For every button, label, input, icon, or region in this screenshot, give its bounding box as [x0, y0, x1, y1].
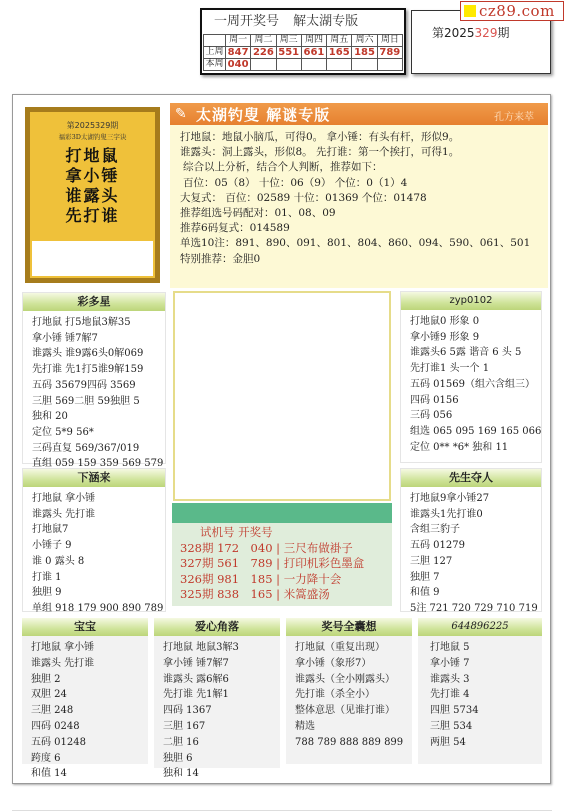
draw-number: [377, 59, 402, 71]
last-week-row: 上周 847 226 551 661 165 185 789: [204, 47, 403, 59]
box-line: 谁露头（全小刚露头）: [295, 672, 403, 688]
box-line: 三胆 534: [430, 719, 533, 735]
box-line: 拿小锤 7: [430, 656, 533, 672]
box-line: 定位 0** *6* 独和 11: [410, 440, 532, 456]
box-line: 独胆 6: [163, 751, 271, 767]
box-line: 打地鼠9拿小锤27: [410, 491, 532, 507]
issue-number: 第2025329期: [432, 24, 509, 41]
box-line: 独和 20: [32, 409, 156, 425]
box-line: 组选 065 095 169 165 066: [410, 424, 532, 440]
draw-number: 165: [327, 47, 352, 59]
corner-cell: [204, 35, 226, 47]
box-jianghao: 奖号全囊想 打地鼠（重复出现） 拿小锤（象形7） 谁露头（全小刚露头） 先打谁（…: [286, 618, 412, 764]
box-line: 拿小锤 锤7解7: [32, 331, 156, 347]
box-line: 三码 056: [410, 408, 532, 424]
trial-row: 325期 838 165 | 米篙盛汤: [180, 587, 384, 603]
box-line: 五码 01569（组六含组三）: [410, 377, 532, 393]
box-xiahanlai: 下涵来 打地鼠 拿小锤 谁露头 先打谁 打地鼠7 小锤子 9 谁 0 露头 8 …: [22, 468, 166, 612]
box-line: 含组三豹子: [410, 522, 532, 538]
trial-row: 327期 561 789 | 打印机彩色墨盒: [180, 556, 384, 572]
box-line: 谁露头6 5露 谐音 6 头 5: [410, 345, 532, 361]
box-line: 谁露头 先打谁: [32, 507, 156, 523]
box-line: 五码 01279: [410, 538, 532, 554]
riddle-line: 打地鼠: [30, 146, 155, 166]
draw-number: 185: [352, 47, 377, 59]
box-line: 三胆 248: [31, 703, 139, 719]
draw-number: 040: [225, 59, 250, 71]
box-line: 先打谁 先1打5谁9解159: [32, 362, 156, 378]
trial-header: 试机号 开奖号: [180, 525, 384, 541]
box-line: 拿小锤9 形象 9: [410, 330, 532, 346]
day-header: 周六: [352, 35, 377, 47]
box-line: 两胆 54: [430, 735, 533, 751]
analysis-panel: ✎ 太湖钓叟 解谜专版 孔方来萃 打地鼠：地鼠小脑瓜，可得0。 拿小锤：有头有杆…: [170, 103, 548, 288]
box-line: 5注 721 720 729 710 719: [410, 601, 532, 617]
box-line: 三码直复 569/367/019: [32, 441, 156, 457]
box-line: 双胆 24: [31, 687, 139, 703]
box-line: 谁露头 谁9露6头0解069: [32, 346, 156, 362]
box-line: 打地鼠7: [32, 522, 156, 538]
box-title: 644896225: [418, 618, 542, 636]
day-header: 周一: [225, 35, 250, 47]
box-line: 打地鼠0 形象 0: [410, 314, 532, 330]
box-title: 爱心角落: [154, 618, 280, 636]
center-blank-panel: [173, 291, 391, 501]
draw-number: 551: [276, 47, 301, 59]
weekly-draw-table: 一周开奖号 解太湖专版 周一 周二 周三 周四 周五 周六 周日 上周 847 …: [200, 8, 406, 75]
site-badge[interactable]: cz89.com: [460, 1, 564, 21]
box-line: 谁 0 露头 8: [32, 554, 156, 570]
gold-card-blank: [32, 241, 153, 276]
box-line: 三胆 569二胆 59独胆 5: [32, 394, 156, 410]
analysis-body: 打地鼠：地鼠小脑瓜，可得0。 拿小锤：有头有杆，形似9。 谁露头：洞上露头，形似…: [170, 125, 548, 272]
analysis-line: 综合以上分析，结合个人判断，推荐如下：: [180, 160, 538, 175]
box-line: 谁露头 露6解6: [163, 672, 271, 688]
box-line: 谁露头1先打谁0: [410, 507, 532, 523]
box-line: 打地鼠 拿小锤: [32, 491, 156, 507]
box-line: 定位 5*9 56*: [32, 425, 156, 441]
day-header: 周三: [276, 35, 301, 47]
box-line: 小锤子 9: [32, 538, 156, 554]
analysis-line: 单选10注：891、890、091、801、804、860、094、590、06…: [180, 236, 538, 251]
day-header: 周四: [301, 35, 326, 47]
site-name: cz89.com: [479, 2, 555, 20]
day-header: 周日: [377, 35, 402, 47]
box-line: 独胆 7: [410, 570, 532, 586]
box-line: 788 789 888 889 899: [295, 735, 403, 751]
analysis-author: 孔方来萃: [494, 108, 534, 123]
box-line: 先打谁 4: [430, 687, 533, 703]
draw-number: 847: [225, 47, 250, 59]
box-title: 彩多星: [23, 293, 165, 311]
analysis-line: 百位：05（8） 十位：06（9） 个位：0（1）4: [180, 176, 538, 191]
issue-prefix: 第2025: [432, 26, 475, 40]
box-line: 四胆 5734: [430, 703, 533, 719]
box-line: 谁露头 3: [430, 672, 533, 688]
box-line: 三胆 167: [163, 719, 271, 735]
draw-number: 226: [251, 47, 276, 59]
box-title: zyp0102: [401, 292, 541, 310]
box-line: 和值 9: [410, 585, 532, 601]
box-line: 打地鼠 打5地鼠3解35: [32, 315, 156, 331]
issue-highlight: 329: [475, 26, 498, 40]
riddle-line: 谁露头: [30, 186, 155, 206]
trial-row: 328期 172 040 | 三尺布做褂子: [180, 541, 384, 557]
box-xiansheng: 先生夺人 打地鼠9拿小锤27 谁露头1先打谁0 含组三豹子 五码 01279 三…: [400, 468, 542, 612]
trial-numbers-panel: 试机号 开奖号 328期 172 040 | 三尺布做褂子 327期 561 7…: [172, 503, 392, 606]
header-title: 一周开奖号 解太湖专版: [202, 10, 404, 34]
box-line: 四码 0248: [31, 719, 139, 735]
header-title-text: 一周开奖号: [214, 14, 279, 29]
trial-row: 326期 981 185 | 一力降十会: [180, 572, 384, 588]
box-line: 打地鼠 拿小锤: [31, 640, 139, 656]
box-line: 独胆 9: [32, 585, 156, 601]
analysis-line: 大复式： 百位：02589 十位：01369 个位：01478: [180, 191, 538, 206]
analysis-line: 谁露头：洞上露头，形似8。 先打谁：第一个挨打，可得1。: [180, 145, 538, 160]
box-line: 四码 1367: [163, 703, 271, 719]
gold-card-subtitle: 福彩3D太湖钓叟三字诀: [30, 132, 155, 141]
riddle-line: 拿小锤: [30, 166, 155, 186]
box-line: 打地鼠（重复出现）: [295, 640, 403, 656]
issue-suffix: 期: [497, 26, 509, 40]
box-line: 五码 01248: [31, 735, 139, 751]
divider: [12, 810, 552, 811]
draw-number: 661: [301, 47, 326, 59]
row-label: 上周: [204, 47, 226, 59]
draw-number: [301, 59, 326, 71]
box-line: 精选: [295, 719, 403, 735]
box-line: 先打谁1 头一个 1: [410, 361, 532, 377]
box-line: 先打谁（杀全小）: [295, 687, 403, 703]
box-line: 独胆 2: [31, 672, 139, 688]
analysis-line: 推荐6码复式：014589: [180, 221, 538, 236]
draw-number: [327, 59, 352, 71]
box-line: 跨度 6: [31, 751, 139, 767]
box-line: 独和 14: [163, 766, 271, 782]
draw-number: [251, 59, 276, 71]
box-title: 先生夺人: [401, 469, 541, 487]
draw-number: 789: [377, 47, 402, 59]
analysis-line: 打地鼠：地鼠小脑瓜，可得0。 拿小锤：有头有杆，形似9。: [180, 130, 538, 145]
draw-number: [352, 59, 377, 71]
gold-card: 第2025329期 福彩3D太湖钓叟三字诀 打地鼠 拿小锤 谁露头 先打谁: [25, 107, 160, 283]
box-zyp0102: zyp0102 打地鼠0 形象 0 拿小锤9 形象 9 谁露头6 5露 谐音 6…: [400, 291, 542, 463]
box-line: 打地鼠 地鼠3解3: [163, 640, 271, 656]
day-header: 周五: [327, 35, 352, 47]
box-line: 单组 918 179 900 890 789: [32, 601, 156, 617]
yellow-square-icon: [464, 5, 476, 17]
this-week-row: 本周 040: [204, 59, 403, 71]
box-title: 奖号全囊想: [286, 618, 412, 636]
box-line: 三胆 127: [410, 554, 532, 570]
day-header: 周二: [251, 35, 276, 47]
analysis-line: 特别推荐：金胆0: [180, 252, 538, 267]
box-line: 打谁 1: [32, 570, 156, 586]
box-line: 二胆 16: [163, 735, 271, 751]
riddle-line: 先打谁: [30, 206, 155, 226]
box-title: 下涵来: [23, 469, 165, 487]
box-line: 四码 0156: [410, 393, 532, 409]
row-label: 本周: [204, 59, 226, 71]
box-title: 宝宝: [22, 618, 148, 636]
draw-number: [276, 59, 301, 71]
box-aixin: 爱心角落 打地鼠 地鼠3解3 拿小锤 锤7解7 谁露头 露6解6 先打谁 先1解…: [154, 618, 280, 768]
analysis-line: 推荐组选号码配对：01、08、09: [180, 206, 538, 221]
box-line: 和值 14: [31, 766, 139, 782]
box-line: 五码 35679四码 3569: [32, 378, 156, 394]
book-icon: ✎: [175, 106, 187, 122]
box-line: 打地鼠 5: [430, 640, 533, 656]
box-line: 先打谁 先1解1: [163, 687, 271, 703]
gold-card-issue: 第2025329期: [30, 112, 155, 131]
box-line: 谁露头 先打谁: [31, 656, 139, 672]
box-line: 拿小锤（象形7）: [295, 656, 403, 672]
box-baobao: 宝宝 打地鼠 拿小锤 谁露头 先打谁 独胆 2 双胆 24 三胆 248 四码 …: [22, 618, 148, 764]
box-line: 拿小锤 锤7解7: [163, 656, 271, 672]
analysis-title: 太湖钓叟 解谜专版: [196, 104, 330, 125]
box-caiduoxing: 彩多星 打地鼠 打5地鼠3解35 拿小锤 锤7解7 谁露头 谁9露6头0解069…: [22, 292, 166, 464]
analysis-header: ✎ 太湖钓叟 解谜专版 孔方来萃: [170, 103, 548, 125]
header-subtitle-text: 解太湖专版: [293, 14, 358, 29]
week-table: 周一 周二 周三 周四 周五 周六 周日 上周 847 226 551 661 …: [203, 34, 403, 71]
box-line: 整体意思（见谁打谁）: [295, 703, 403, 719]
box-644896225: 644896225 打地鼠 5 拿小锤 7 谁露头 3 先打谁 4 四胆 573…: [418, 618, 542, 764]
trial-header-bar: [172, 503, 392, 523]
